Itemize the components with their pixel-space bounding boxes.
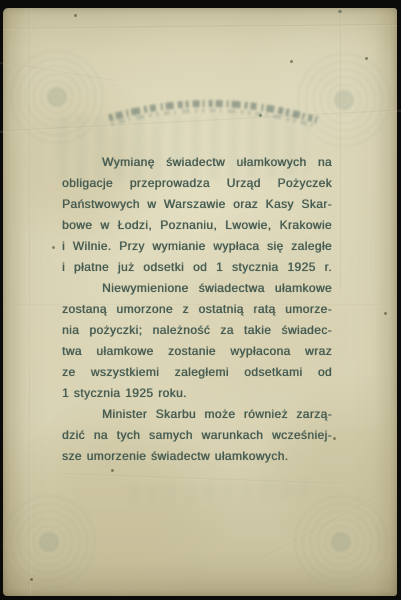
rosette-top-left-icon — [9, 49, 105, 145]
notice-line: nia pożyczki; należność za takie świadec… — [62, 320, 332, 341]
notice-line: Minister Skarbu może również zarzą- — [62, 404, 332, 425]
crease-line — [340, 8, 342, 290]
foxing-speck — [259, 114, 262, 117]
notice-line: ze wszystkiemi zaległemi odsetkami od — [62, 362, 332, 383]
notice-line: bowe w Łodzi, Poznaniu, Lwowie, Krakowie — [62, 215, 332, 236]
faded-handstamp-icon — [101, 84, 325, 134]
foxing-speck — [384, 312, 387, 315]
rosette-bottom-right-icon — [293, 494, 389, 590]
foxing-speck — [333, 437, 336, 440]
foxing-speck — [290, 60, 293, 63]
notice-line: obligacje przeprowadza Urząd Pożyczek — [62, 173, 332, 194]
crease-line — [58, 473, 342, 485]
notice-text-block: Wymianę świadectw ułamkowych na obligacj… — [62, 152, 332, 467]
foxing-speck — [111, 469, 114, 472]
foxing-speck — [74, 14, 77, 17]
foxing-speck — [365, 57, 368, 60]
fold-line — [29, 8, 31, 596]
foxing-speck — [30, 578, 33, 581]
notice-line: i Wilnie. Przy wymianie wypłaca się zale… — [62, 236, 332, 257]
rosette-bottom-left-icon — [1, 494, 97, 590]
notice-line: twa ułamkowe zostanie wypłacona wraz — [62, 341, 332, 362]
notice-line: Niewymienione świadectwa ułamkowe — [62, 278, 332, 299]
banknote-paper: Wymianę świadectw ułamkowych na obligacj… — [3, 8, 397, 596]
foxing-speck — [52, 246, 55, 249]
crease-line — [0, 60, 116, 82]
notice-line: dzić na tych samych warunkach wcześniej- — [62, 425, 332, 446]
notice-line: sze umorzenie świadectw ułamkowych. — [62, 446, 332, 467]
crease-line — [0, 109, 401, 133]
photographed-document: { "colors": { "photo_background": "#0b0b… — [0, 0, 401, 600]
showthrough-lettering — [128, 480, 318, 503]
notice-line: Wymianę świadectw ułamkowych na — [62, 152, 332, 173]
notice-line: i płatne już odsetki od 1 stycznia 1925 … — [62, 257, 332, 278]
notice-line: 1 stycznia 1925 roku. — [62, 383, 332, 404]
crease-line — [251, 493, 384, 565]
rosette-top-right-icon — [296, 52, 392, 148]
crease-line — [3, 24, 397, 30]
notice-line: zostaną umorzone z ostatnią ratą umorze- — [62, 299, 332, 320]
foxing-speck — [338, 10, 342, 13]
notice-line: Państwowych w Warszawie oraz Kasy Skar- — [62, 194, 332, 215]
